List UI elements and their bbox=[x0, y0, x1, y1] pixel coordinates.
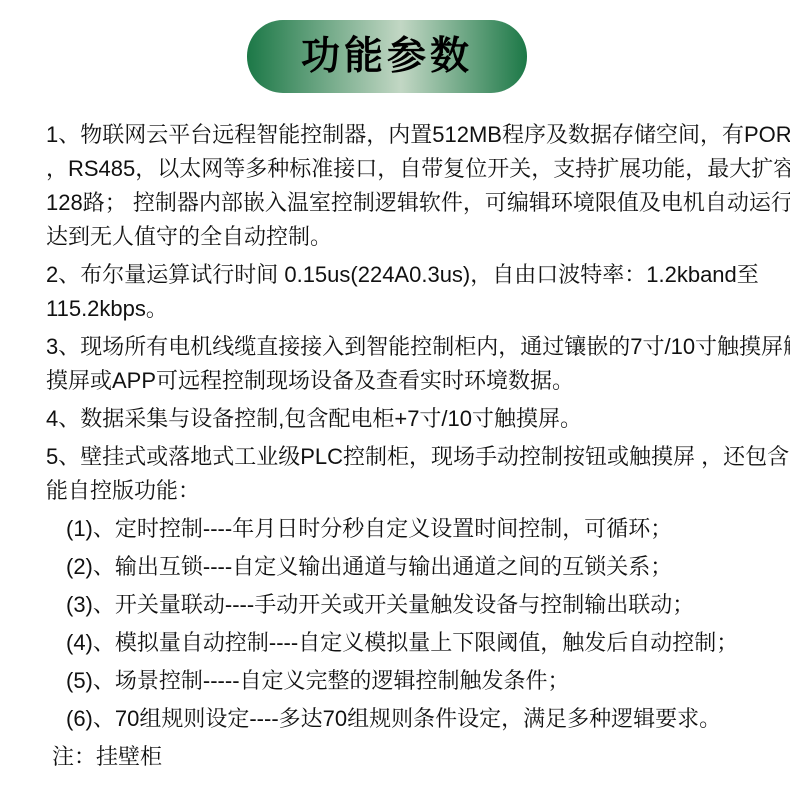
header-pill: 功能参数 bbox=[247, 20, 527, 93]
text-line: 注：挂壁柜 bbox=[52, 740, 762, 774]
text-line: 3、现场所有电机线缆直接接入到智能控制柜内，通过镶嵌的7寸/10寸触摸屏触 bbox=[46, 330, 762, 364]
text-line: (5)、场景控制-----自定义完整的逻辑控制触发条件； bbox=[66, 664, 762, 698]
text-line: 4、数据采集与设备控制,包含配电柜+7寸/10寸触摸屏。 bbox=[46, 402, 762, 436]
paragraph: 3、现场所有电机线缆直接接入到智能控制柜内，通过镶嵌的7寸/10寸触摸屏触摸屏或… bbox=[46, 330, 762, 398]
text-line: 115.2kbps。 bbox=[46, 292, 762, 326]
text-line: (6)、70组规则设定----多达70组规则条件设定，满足多种逻辑要求。 bbox=[66, 702, 762, 736]
text-line: 2、布尔量运算试行时间 0.15us(224A0.3us)，自由口波特率：1.2… bbox=[46, 258, 762, 292]
text-line: ，RS485，以太网等多种标准接口，自带复位开关，支持扩展功能，最大扩容 bbox=[46, 152, 762, 186]
paragraph: 5、壁挂式或落地式工业级PLC控制柜，现场手动控制按钮或触摸屏 ，还包含智能自控… bbox=[46, 440, 762, 508]
text-line: (3)、开关量联动----手动开关或开关量触发设备与控制输出联动； bbox=[66, 588, 762, 622]
text-line: 能自控版功能： bbox=[46, 474, 762, 508]
text-line: 达到无人值守的全自动控制。 bbox=[46, 220, 762, 254]
page-title: 功能参数 bbox=[301, 37, 473, 76]
text-line: 1、物联网云平台远程智能控制器，内置512MB程序及数据存储空间，有PORT bbox=[46, 118, 762, 152]
paragraph: (3)、开关量联动----手动开关或开关量触发设备与控制输出联动； bbox=[46, 588, 762, 622]
paragraph: 4、数据采集与设备控制,包含配电柜+7寸/10寸触摸屏。 bbox=[46, 402, 762, 436]
paragraph: 2、布尔量运算试行时间 0.15us(224A0.3us)，自由口波特率：1.2… bbox=[46, 258, 762, 326]
text-line: 128路； 控制器内部嵌入温室控制逻辑软件，可编辑环境限值及电机自动运行, bbox=[46, 186, 762, 220]
content: 1、物联网云平台远程智能控制器，内置512MB程序及数据存储空间，有PORT，R… bbox=[46, 118, 762, 778]
paragraph: (1)、定时控制----年月日时分秒自定义设置时间控制，可循环； bbox=[46, 512, 762, 546]
paragraph: (4)、模拟量自动控制----自定义模拟量上下限阈值，触发后自动控制； bbox=[46, 626, 762, 660]
text-line: 摸屏或APP可远程控制现场设备及查看实时环境数据。 bbox=[46, 364, 762, 398]
paragraph: 注：挂壁柜 bbox=[46, 740, 762, 774]
paragraph: (5)、场景控制-----自定义完整的逻辑控制触发条件； bbox=[46, 664, 762, 698]
page-root: 功能参数 1、物联网云平台远程智能控制器，内置512MB程序及数据存储空间，有P… bbox=[0, 0, 790, 786]
paragraph: (2)、输出互锁----自定义输出通道与输出通道之间的互锁关系； bbox=[46, 550, 762, 584]
paragraph: 1、物联网云平台远程智能控制器，内置512MB程序及数据存储空间，有PORT，R… bbox=[46, 118, 762, 254]
paragraph: (6)、70组规则设定----多达70组规则条件设定，满足多种逻辑要求。 bbox=[46, 702, 762, 736]
text-line: 5、壁挂式或落地式工业级PLC控制柜，现场手动控制按钮或触摸屏 ，还包含智 bbox=[46, 440, 762, 474]
text-line: (4)、模拟量自动控制----自定义模拟量上下限阈值，触发后自动控制； bbox=[66, 626, 762, 660]
text-line: (1)、定时控制----年月日时分秒自定义设置时间控制，可循环； bbox=[66, 512, 762, 546]
text-line: (2)、输出互锁----自定义输出通道与输出通道之间的互锁关系； bbox=[66, 550, 762, 584]
